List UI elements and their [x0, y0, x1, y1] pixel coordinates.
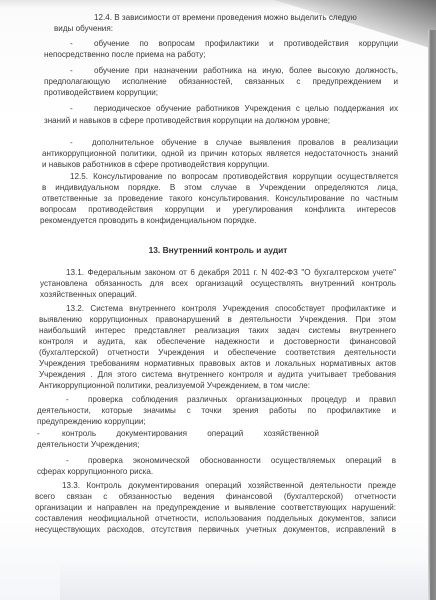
list-item-line: обучение при назначении работника на ину…: [94, 66, 398, 77]
section-13-heading: 13. Внутренний контроль и аудит: [0, 245, 436, 255]
list-dash: -: [70, 66, 73, 77]
list-item-line: контроль документирования операций хозяй…: [62, 429, 319, 440]
scanned-page: 12.4. В зависимости от времени проведени…: [0, 0, 436, 600]
paragraph-12-5-line: в индивидуальном порядке. В этом случае …: [42, 183, 398, 194]
list-item-line: и навыков работников в сфере противодейс…: [42, 160, 269, 171]
paragraph-13-3-line: составления неофициальной отчетности, ис…: [35, 514, 396, 525]
list-item-line: деятельности, которые значимы с точки зр…: [37, 406, 396, 417]
list-item-line: знаний и навыков в сфере противодействия…: [44, 116, 330, 127]
list-item-line: периодическое обучение работников Учрежд…: [94, 104, 398, 115]
paragraph-13-2-line: выявлению коррупционных правонарушений в…: [39, 315, 396, 326]
list-item-line: деятельности Учреждения;: [37, 440, 139, 451]
paragraph-13-2-line: Учреждения требованиям нормативных право…: [39, 359, 396, 370]
list-dash: -: [70, 104, 73, 115]
paragraph-12-4-line: виды обучения:: [54, 24, 113, 35]
list-item-line: предупреждению коррупции;: [37, 417, 146, 428]
list-item-line: предполагающую исполнение обязанностей, …: [44, 77, 398, 88]
paragraph-13-3-line: несуществующих расходов, отсутствия перв…: [35, 525, 396, 536]
list-dash: -: [70, 39, 73, 50]
paragraph-12-4-line: 12.4. В зависимости от времени проведени…: [94, 13, 357, 24]
paragraph-12-5-line: рекомендуется проводить в конфиденциальн…: [40, 216, 256, 227]
paragraph-13-2-line: контроля и аудита, как обеспечение надеж…: [39, 337, 396, 348]
paragraph-13-2-line: 13.2. Система внутреннего контроля Учреж…: [66, 304, 396, 315]
list-item-line: антикоррупционной политики, одной из при…: [42, 149, 398, 160]
scan-bottom-fade: [60, 560, 430, 600]
list-dash: -: [66, 395, 69, 406]
paragraph-12-5-line: 12.5. Консультирование по вопросам проти…: [70, 172, 398, 183]
paragraph-13-1-line: хозяйственных операций.: [40, 290, 137, 301]
paragraph-13-2-line: Учреждения . Для этого система внутренне…: [39, 370, 396, 381]
paragraph-13-2-line: Антикоррупционной политики, реализуемой …: [39, 381, 310, 392]
paragraph-13-3-line: 13.3. Контроль документирования операций…: [62, 481, 396, 492]
paragraph-13-3-line: всего связан с обязанностью ведения фина…: [35, 492, 396, 503]
list-item-line: дополнительное обучение в случае выявлен…: [92, 138, 398, 149]
paragraph-12-5-line: ответственные за проведение такого консу…: [42, 194, 398, 205]
paragraph-13-2-line: (бухгалтерской) отчетности Учреждения и …: [39, 348, 396, 359]
paragraph-13-3-line: организации и направлен на предупреждени…: [35, 503, 396, 514]
list-item-line: противодействием коррупции;: [44, 88, 158, 99]
list-item-line: проверка соблюдения различных организаци…: [88, 395, 396, 406]
paragraph-13-1-line: установлена обязанность для всех организ…: [40, 279, 396, 290]
paragraph-13-1-line: 13.1. Федеральным законом от 6 декабря 2…: [66, 268, 396, 279]
list-item-line: сферах коррупционного риска.: [37, 467, 153, 478]
paragraph-13-2-line: наибольший интерес представляет реализац…: [39, 326, 396, 337]
list-dash: -: [37, 429, 40, 440]
list-dash: -: [66, 456, 69, 467]
list-item-line: проверка экономической обоснованности ос…: [88, 456, 396, 467]
scan-right-edge-shadow: [428, 30, 436, 600]
list-item-line: непосредственно после приема на работу;: [44, 50, 206, 61]
list-item-line: обучение по вопросам профилактики и прот…: [94, 39, 398, 50]
list-dash: -: [70, 138, 73, 149]
paragraph-12-5-line: вопросам противодействия коррупции и уре…: [40, 205, 396, 216]
